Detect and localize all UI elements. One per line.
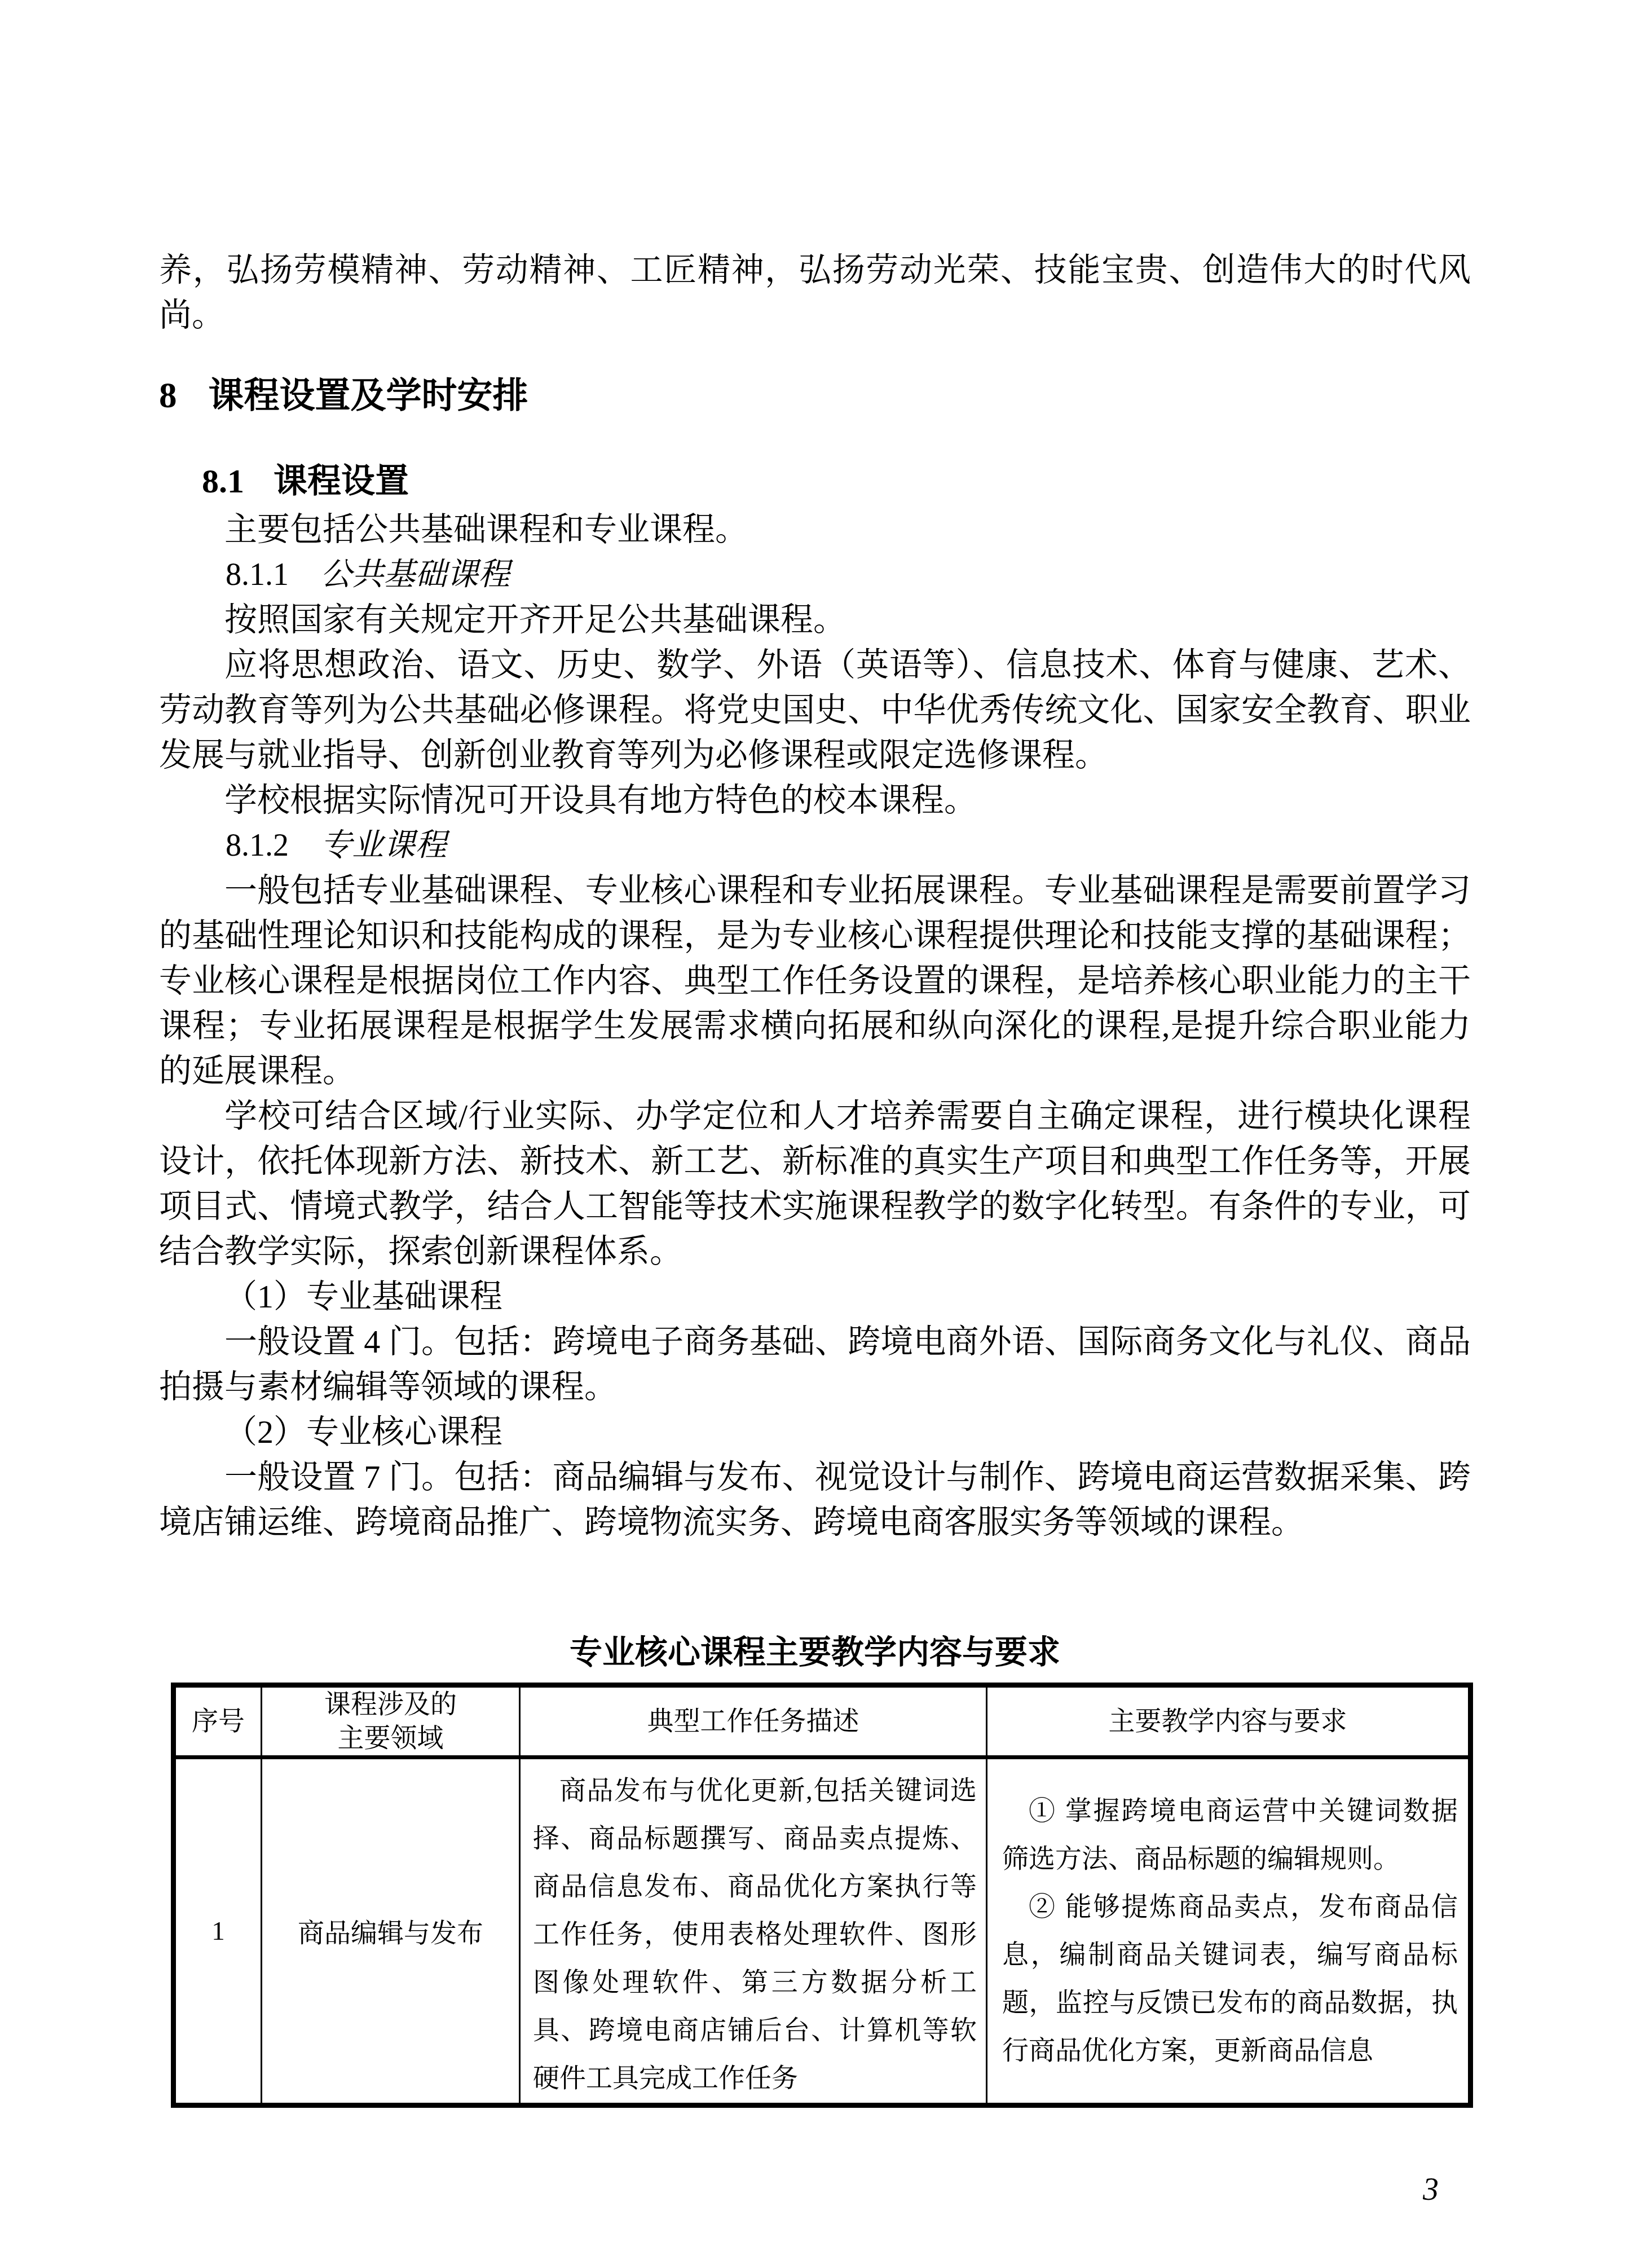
page-number: 3 [159,2167,1439,2212]
paragraph-812-2: 学校可结合区域/行业实际、办学定位和人才培养需要自主确定课程，进行模块化课程设计… [159,1094,1471,1274]
subsubsection-number: 8.1.2 [226,828,289,863]
cell-teaching-requirements: ① 掌握跨境电商运营中关键词数据筛选方法、商品标题的编辑规则。 ② 能够提炼商品… [987,1758,1471,2106]
task-description-text: 商品发布与优化更新,包括关键词选择、商品标题撰写、商品卖点提炼、商品信息发布、商… [533,1767,977,2103]
table-header-row: 序号 课程涉及的 主要领域 典型工作任务描述 主要教学内容与要求 [174,1685,1471,1758]
paragraph-continuation: 养，弘扬劳模精神、劳动精神、工匠精神，弘扬劳动光荣、技能宝贵、创造伟大的时代风尚… [159,248,1471,338]
subsection-heading-8-1: 8.1课程设置 [159,459,1471,504]
subsubsection-number: 8.1.1 [226,557,289,592]
core-course-table: 序号 课程涉及的 主要领域 典型工作任务描述 主要教学内容与要求 1 商品编辑与… [171,1683,1473,2108]
header-cell-requirements: 主要教学内容与要求 [987,1685,1471,1758]
cell-task-description: 商品发布与优化更新,包括关键词选择、商品标题撰写、商品卖点提炼、商品信息发布、商… [520,1758,987,2106]
section-heading-8: 8课程设置及学时安排 [159,373,1471,418]
list-item-1-heading: （1）专业基础课程 [159,1274,1471,1319]
section-title: 课程设置及学时安排 [209,376,528,415]
section-number: 8 [159,376,177,415]
paragraph-811-3: 学校根据实际情况可开设具有地方特色的校本课程。 [159,778,1471,823]
subsubsection-title: 专业课程 [320,828,447,863]
list-item-2-body: 一般设置 7 门。包括：商品编辑与发布、视觉设计与制作、跨境电商运营数据采集、跨… [159,1455,1471,1545]
cell-course-area: 商品编辑与发布 [262,1758,520,2106]
subsubsection-heading-8-1-2: 8.1.2专业课程 [159,823,1471,868]
list-item-2-heading: （2）专业核心课程 [159,1410,1471,1455]
paragraph-812-1: 一般包括专业基础课程、专业核心课程和专业拓展课程。专业基础课程是需要前置学习的基… [159,868,1471,1094]
requirement-item-1: ① 掌握跨境电商运营中关键词数据筛选方法、商品标题的编辑规则。 [1002,1787,1458,1883]
requirement-item-2: ② 能够提炼商品卖点，发布商品信息，编制商品关键词表，编写商品标题，监控与反馈已… [1002,1883,1458,2075]
subsection-title: 课程设置 [274,463,409,500]
paragraph-811-1: 按照国家有关规定开齐开足公共基础课程。 [159,597,1471,642]
header-cell-task: 典型工作任务描述 [520,1685,987,1758]
subsection-number: 8.1 [202,463,244,500]
cell-row-number: 1 [174,1758,262,2106]
table-body: 1 商品编辑与发布 商品发布与优化更新,包括关键词选择、商品标题撰写、商品卖点提… [174,1758,1471,2106]
document-page: 养，弘扬劳模精神、劳动精神、工匠精神，弘扬劳动光荣、技能宝贵、创造伟大的时代风尚… [0,0,1627,2268]
table-header: 序号 课程涉及的 主要领域 典型工作任务描述 主要教学内容与要求 [174,1685,1471,1758]
header-cell-no: 序号 [174,1685,262,1758]
page-content: 养，弘扬劳模精神、劳动精神、工匠精神，弘扬劳动光荣、技能宝贵、创造伟大的时代风尚… [159,0,1471,2212]
paragraph-811-2: 应将思想政治、语文、历史、数学、外语（英语等）、信息技术、体育与健康、艺术、劳动… [159,642,1471,778]
table-row: 1 商品编辑与发布 商品发布与优化更新,包括关键词选择、商品标题撰写、商品卖点提… [174,1758,1471,2106]
subsubsection-heading-8-1-1: 8.1.1公共基础课程 [159,552,1471,597]
paragraph-overview: 主要包括公共基础课程和专业课程。 [159,507,1471,552]
list-item-1-body: 一般设置 4 门。包括：跨境电子商务基础、跨境电商外语、国际商务文化与礼仪、商品… [159,1319,1471,1410]
table-title: 专业核心课程主要教学内容与要求 [159,1630,1471,1675]
subsubsection-title: 公共基础课程 [320,557,510,592]
header-cell-area: 课程涉及的 主要领域 [262,1685,520,1758]
